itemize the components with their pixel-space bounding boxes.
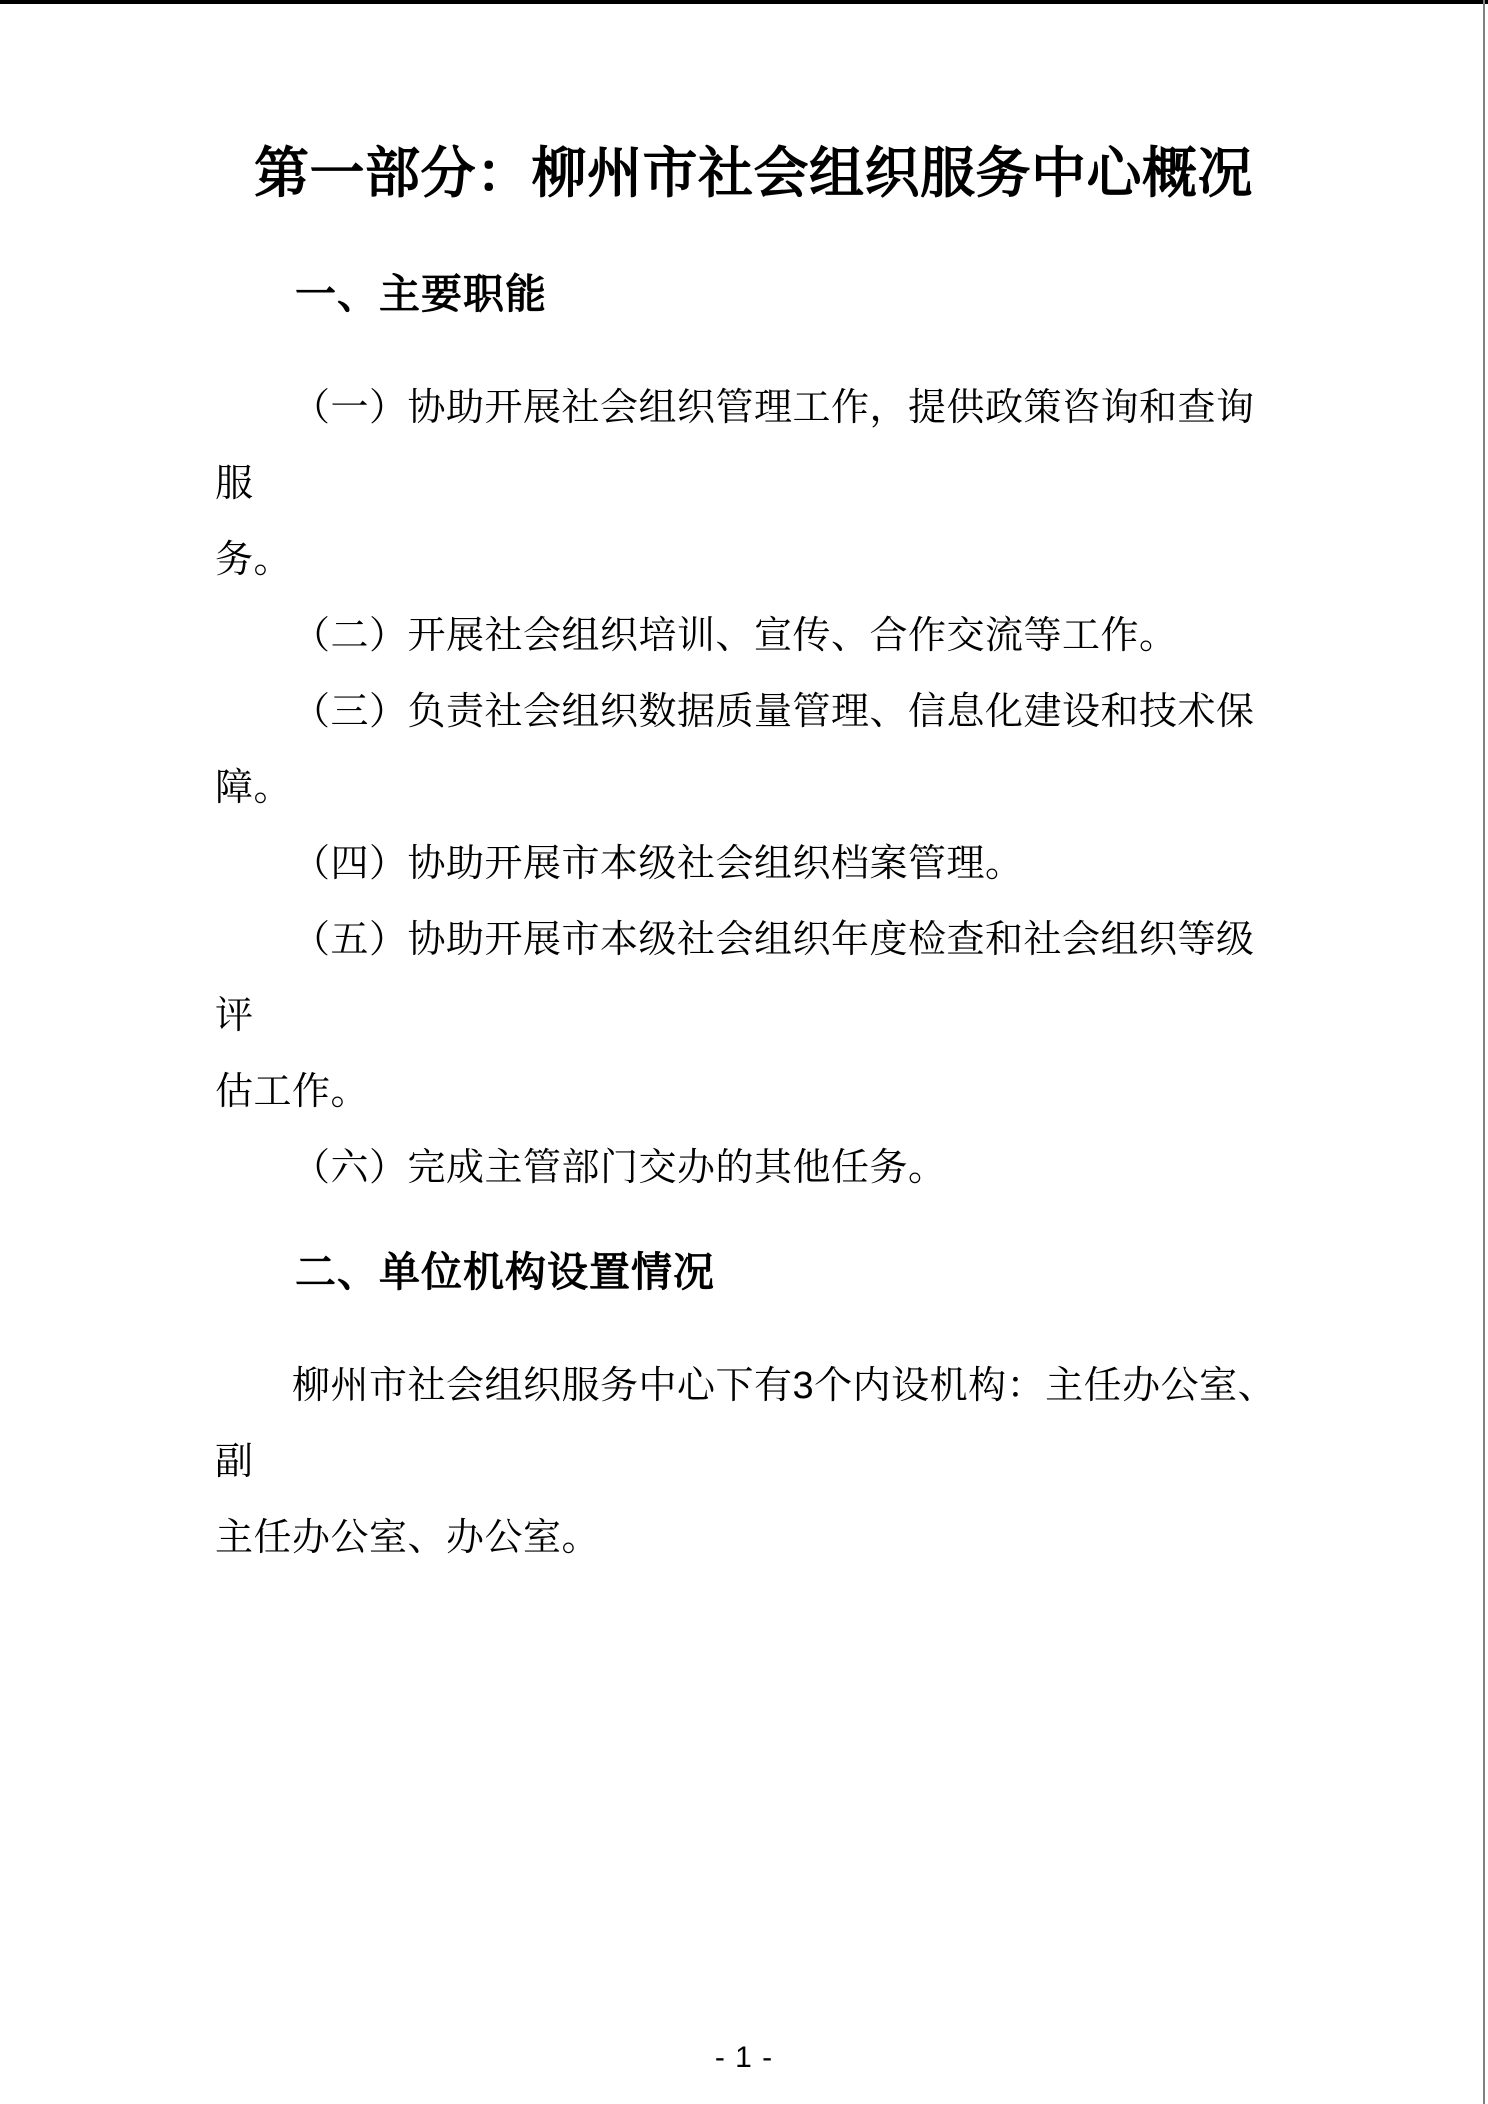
duty-paragraph-2: （二）开展社会组织培训、宣传、合作交流等工作。 [215,598,1292,674]
duty-paragraph-1: （一）协助开展社会组织管理工作，提供政策咨询和查询服 务。 [215,370,1292,598]
section-2-heading: 二、单位机构设置情况 [215,1234,1292,1310]
section-org-structure: 二、单位机构设置情况 柳州市社会组织服务中心下有3个内设机构：主任办公室、副 主… [215,1234,1292,1576]
page-content: 第一部分：柳州市社会组织服务中心概况 一、主要职能 （一）协助开展社会组织管理工… [0,0,1488,1576]
duty-paragraph-4: （四）协助开展市本级社会组织档案管理。 [215,826,1292,902]
org-structure-paragraph: 柳州市社会组织服务中心下有3个内设机构：主任办公室、副 主任办公室、办公室。 [215,1348,1292,1576]
section-main-duties: 一、主要职能 （一）协助开展社会组织管理工作，提供政策咨询和查询服 务。 （二）… [215,256,1292,1206]
document-title: 第一部分：柳州市社会组织服务中心概况 [215,138,1292,208]
duty-paragraph-3: （三）负责社会组织数据质量管理、信息化建设和技术保 障。 [215,674,1292,826]
page-number: - 1 - [0,2038,1488,2078]
section-1-heading: 一、主要职能 [215,256,1292,332]
document-page: 第一部分：柳州市社会组织服务中心概况 一、主要职能 （一）协助开展社会组织管理工… [0,0,1488,2104]
duty-paragraph-5: （五）协助开展市本级社会组织年度检查和社会组织等级评 估工作。 [215,902,1292,1130]
duty-paragraph-6: （六）完成主管部门交办的其他任务。 [215,1130,1292,1206]
